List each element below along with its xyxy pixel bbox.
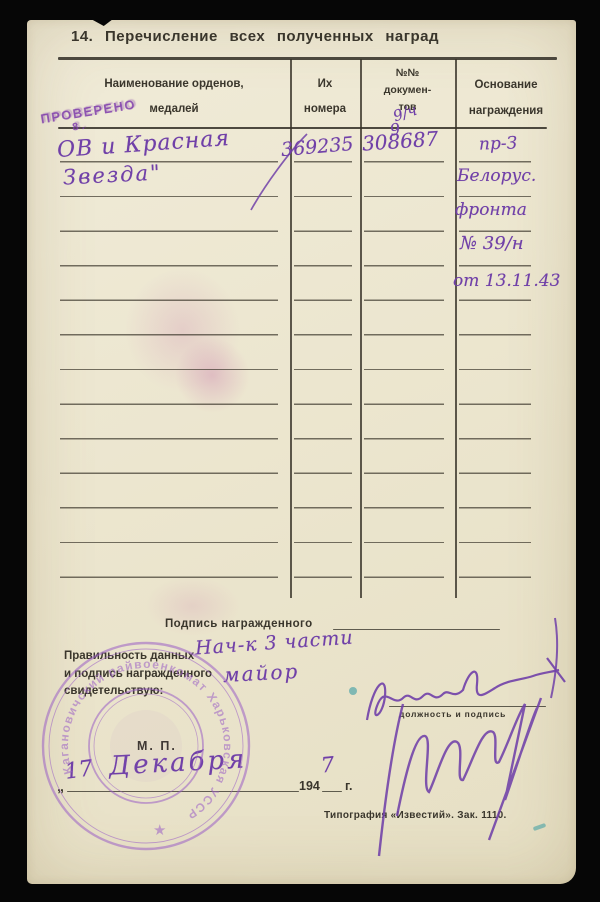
round-stamp-star-icon: ★ — [153, 823, 166, 839]
date-month-handwriting: Декабря — [108, 744, 248, 781]
section-title: 14. Перечисление всех полученных наград — [71, 28, 439, 45]
certify-text: Правильность данных и подпись награжденн… — [64, 648, 212, 701]
table-vertical-rule — [455, 59, 457, 598]
position-signature-caption: должность и подпись — [399, 709, 506, 719]
certify-line: Правильность данных — [64, 648, 212, 666]
pen-vertical-stroke — [551, 618, 557, 698]
col-header-line: награждения — [455, 98, 557, 124]
date-year-line — [322, 791, 342, 792]
basis-handwriting: фронта — [455, 200, 527, 220]
col-header-line: Наименование орденов, — [58, 72, 290, 97]
col-header-number: Их номера — [290, 72, 360, 122]
col-header-line: номера — [290, 97, 360, 122]
flourish-signature — [379, 698, 541, 856]
basis-handwriting: Белорус. — [457, 166, 536, 186]
row-rules-col-basis — [459, 128, 531, 580]
basis-handwriting: № 39/н — [460, 233, 524, 254]
paper-edge-nick — [91, 19, 113, 26]
teal-mark — [349, 687, 357, 695]
certify-line: и подпись награжденного — [64, 666, 212, 684]
date-year-printed: 194 — [299, 779, 320, 793]
date-day-handwriting: 17 — [63, 756, 94, 785]
col-header-line: Их — [290, 72, 360, 97]
col-header-line: Основание — [455, 72, 557, 98]
basis-handwriting: от 13.11.43 — [453, 271, 560, 291]
date-line — [67, 791, 299, 792]
date-open-quote: „ — [57, 778, 64, 794]
col-header-basis: Основание награждения — [455, 72, 557, 124]
position-handwriting: Нач-к 3 части — [194, 626, 354, 659]
row-rules-col-name — [60, 128, 278, 580]
col-header-line: №№ — [360, 65, 455, 82]
awardee-signature-line — [333, 629, 500, 630]
scanned-award-form: 14. Перечисление всех полученных наград … — [27, 20, 576, 884]
basis-handwriting: пр-З — [479, 133, 518, 154]
certify-line: свидетельствую: — [64, 683, 212, 701]
col-header-line: докумен- — [360, 82, 455, 99]
date-year-digit-handwriting: 7 — [320, 752, 336, 777]
teal-mark — [533, 823, 547, 831]
print-shop-note: Типография «Известий». Зак. 1110. — [324, 810, 507, 821]
date-year-suffix: г. — [345, 779, 352, 793]
awardee-signature-label: Подпись награжденного — [165, 618, 313, 630]
position-signature-line — [389, 706, 546, 707]
row-rules-col-doc — [364, 128, 444, 580]
rank-handwriting: майор — [222, 659, 299, 687]
row-rules-col-number — [294, 128, 352, 580]
table-top-rule — [58, 57, 557, 60]
